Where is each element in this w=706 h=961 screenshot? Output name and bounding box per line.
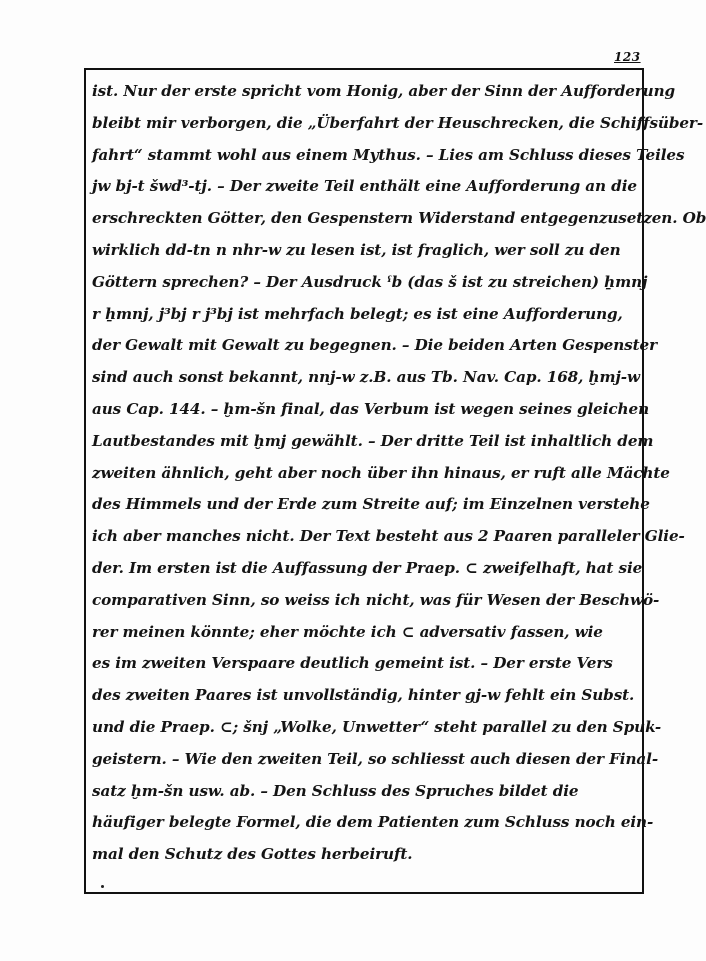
text-line: geistern. – Wie den zweiten Teil, so sch… [92,744,640,776]
text-line: aus Cap. 144. – ḫm-šn final, das Verbum … [92,394,640,426]
document-page: 123 ist. Nur der erste spricht vom Honig… [0,0,706,961]
text-line: r ẖmnj, j³bj r j³bj ist mehrfach belegt;… [92,299,640,331]
text-line: ist. Nur der erste spricht vom Honig, ab… [92,76,640,108]
text-line: der Gewalt mit Gewalt zu begegnen. – Die… [92,330,640,362]
text-line: wirklich dd-tn n nhr-w zu lesen ist, ist… [92,235,640,267]
page-number: 123 [614,50,641,64]
text-line: bleibt mir verborgen, die „Überfahrt der… [92,108,640,140]
text-line: des zweiten Paares ist unvollständig, hi… [92,680,640,712]
text-line: sind auch sonst bekannt, nnj-w z.B. aus … [92,362,640,394]
text-line: mal den Schutz des Gottes herbeiruft. [92,839,640,871]
text-line: der. Im ersten ist die Auffassung der Pr… [92,553,640,585]
text-line: ich aber manches nicht. Der Text besteht… [92,521,640,553]
text-line: erschreckten Götter, den Gespenstern Wid… [92,203,640,235]
text-line: fahrt“ stammt wohl aus einem Mythus. – L… [92,140,640,172]
text-line: satz ḫm-šn usw. ab. – Den Schluss des Sp… [92,776,640,808]
text-line: rer meinen könnte; eher möchte ich ⊂ adv… [92,617,640,649]
text-line: des Himmels und der Erde zum Streite auf… [92,489,640,521]
text-line: Lautbestandes mit ḫmj gewählt. – Der dri… [92,426,640,458]
text-line: häufiger belegte Formel, die dem Patient… [92,807,640,839]
text-line: Göttern sprechen? – Der Ausdruck ˁb (das… [92,267,640,299]
handwritten-text-body: ist. Nur der erste spricht vom Honig, ab… [92,76,640,871]
text-line: zweiten ähnlich, geht aber noch über ihn… [92,458,640,490]
text-line: jw bj-t šwd³-tj. – Der zweite Teil enthä… [92,171,640,203]
text-line: es im zweiten Verspaare deutlich gemeint… [92,648,640,680]
text-line: comparativen Sinn, so weiss ich nicht, w… [92,585,640,617]
ink-dot-mark [101,885,104,888]
text-line: und die Praep. ⊂; šnj „Wolke, Unwetter“ … [92,712,640,744]
